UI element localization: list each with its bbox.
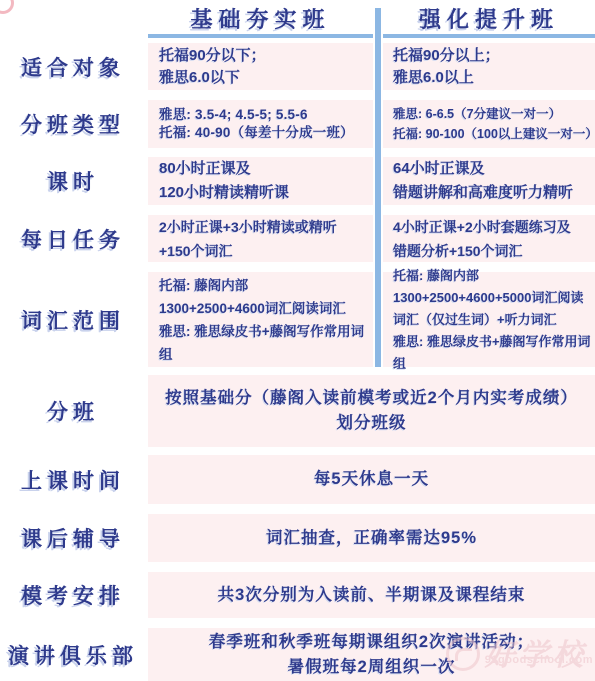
table-row: 词汇范围 托福: 藤阁内部 1300+2500+4600词汇阅读词汇 雅思: 雅… (0, 272, 595, 367)
table-row: 每日任务 2小时正课+3小时精读或精听 +150个词汇 4小时正课+2小时套题练… (0, 215, 595, 262)
table-row: 分班类型 雅思: 3.5-4; 4.5-5; 5.5-6 托福: 40-90（每… (0, 100, 595, 148)
cell-foundation-daily-task: 2小时正课+3小时精读或精听 +150个词汇 (148, 215, 373, 262)
table-row: 模考安排 共3次分别为入读前、半期课及课程结束 (0, 572, 595, 618)
cell-class-schedule: 每5天休息一天 (148, 455, 595, 504)
corner-decoration-icon (0, 0, 14, 14)
row-label-suitable-target: 适合对象 (0, 43, 146, 90)
cell-value: 雅思: 6-6.5（7分建议一对一） 托福: 90-100（100以上建议一对一… (393, 104, 593, 144)
cell-value: 4小时正课+2小时套题练习及 错题分析+150个词汇 (393, 215, 571, 263)
header-underline-left (148, 34, 373, 38)
table-row: 分班 按照基础分（藤阁入读前模考或近2个月内实考成绩） 划分班级 (0, 375, 595, 447)
cell-value: 词汇抽查，正确率需达95% (266, 526, 477, 551)
cell-after-class-tutoring: 词汇抽查，正确率需达95% (148, 514, 595, 562)
row-label-class-type: 分班类型 (0, 100, 146, 148)
cell-foundation-suitable-target: 托福90分以下； 雅思6.0以下 (148, 43, 373, 90)
row-label-class-schedule: 上课时间 (0, 455, 146, 504)
table-row: 课时 80小时正课及 120小时精读精听课 64小时正课及 错题讲解和高难度听力… (0, 157, 595, 205)
cell-intensive-class-hours: 64小时正课及 错题讲解和高难度听力精听 (383, 157, 595, 205)
table-row: 课后辅导 词汇抽查，正确率需达95% (0, 514, 595, 562)
row-label-class-division: 分班 (0, 375, 146, 447)
cell-value: 雅思: 3.5-4; 4.5-5; 5.5-6 托福: 40-90（每差十分成一… (159, 106, 354, 142)
cell-value: 托福: 藤阁内部 1300+2500+4600词汇阅读词汇 雅思: 雅思绿皮书+… (159, 274, 369, 366)
header-underline-right (383, 34, 595, 38)
row-label-mock-exam-plan: 模考安排 (0, 572, 146, 618)
row-label-class-hours: 课时 (0, 157, 146, 205)
cell-value: 80小时正课及 120小时精读精听课 (159, 157, 289, 205)
cell-value: 春季班和秋季班每期课组织2次演讲活动； 暑假班每2周组织一次 (209, 630, 534, 680)
column-header-intensive-class: 强化提升班 (383, 2, 595, 34)
cell-intensive-vocabulary-range: 托福: 藤阁内部 1300+2500+4600+5000词汇阅读词汇（仅过生词）… (383, 272, 595, 367)
row-label-speech-club: 演讲俱乐部 (0, 628, 146, 681)
cell-value: 64小时正课及 错题讲解和高难度听力精听 (393, 157, 573, 205)
cell-speech-club: 春季班和秋季班每期课组织2次演讲活动； 暑假班每2周组织一次 (148, 628, 595, 681)
row-label-daily-task: 每日任务 (0, 215, 146, 262)
table-row: 演讲俱乐部 春季班和秋季班每期课组织2次演讲活动； 暑假班每2周组织一次 (0, 628, 595, 681)
cell-foundation-class-type: 雅思: 3.5-4; 4.5-5; 5.5-6 托福: 40-90（每差十分成一… (148, 100, 373, 148)
cell-mock-exam-plan: 共3次分别为入读前、半期课及课程结束 (148, 572, 595, 618)
cell-value: 按照基础分（藤阁入读前模考或近2个月内实考成绩） 划分班级 (165, 386, 578, 436)
cell-value: 托福90分以上； 雅思6.0以上 (393, 45, 500, 89)
cell-class-division: 按照基础分（藤阁入读前模考或近2个月内实考成绩） 划分班级 (148, 375, 595, 447)
cell-intensive-suitable-target: 托福90分以上； 雅思6.0以上 (383, 43, 595, 90)
cell-value: 托福90分以下； 雅思6.0以下 (159, 45, 266, 89)
cell-intensive-daily-task: 4小时正课+2小时套题练习及 错题分析+150个词汇 (383, 215, 595, 262)
cell-foundation-vocabulary-range: 托福: 藤阁内部 1300+2500+4600词汇阅读词汇 雅思: 雅思绿皮书+… (148, 272, 373, 367)
cell-foundation-class-hours: 80小时正课及 120小时精读精听课 (148, 157, 373, 205)
table-row: 上课时间 每5天休息一天 (0, 455, 595, 504)
row-label-vocabulary-range: 词汇范围 (0, 272, 146, 367)
cell-value: 托福: 藤阁内部 1300+2500+4600+5000词汇阅读词汇（仅过生词）… (393, 265, 593, 375)
cell-intensive-class-type: 雅思: 6-6.5（7分建议一对一） 托福: 90-100（100以上建议一对一… (383, 100, 595, 148)
course-comparison-table: 基础夯实班 强化提升班 适合对象 托福90分以下； 雅思6.0以下 托福90分以… (0, 0, 595, 681)
row-label-after-class-tutoring: 课后辅导 (0, 514, 146, 562)
cell-value: 共3次分别为入读前、半期课及课程结束 (218, 583, 526, 608)
table-row: 适合对象 托福90分以下； 雅思6.0以下 托福90分以上； 雅思6.0以上 (0, 43, 595, 90)
cell-value: 2小时正课+3小时精读或精听 +150个词汇 (159, 215, 337, 263)
cell-value: 每5天休息一天 (314, 467, 429, 492)
column-header-foundation-class: 基础夯实班 (148, 2, 373, 34)
